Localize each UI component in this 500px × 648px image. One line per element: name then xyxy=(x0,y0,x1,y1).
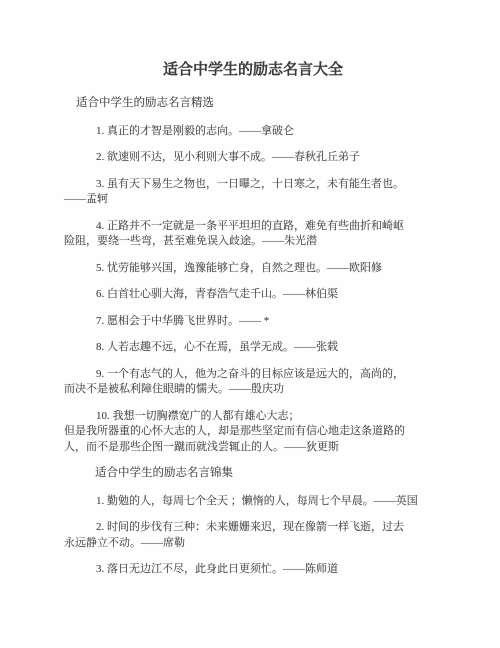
quote-item: 8. 人若志趣不远，心不在焉，虽学无成。——张载 xyxy=(64,340,442,356)
quote-item: 7. 愿相会于中华腾飞世界时。—— * xyxy=(64,314,442,330)
quote-item: 10. 我想一切胸襟宽广的人都有雄心大志； 但是我所器重的心怀大志的人，却是那些… xyxy=(64,409,442,456)
quote-item: 2. 时间的步伐有三种：未来姗姗来迟，现在像箭一样飞逝，过去 永远静立不动。——… xyxy=(64,520,442,551)
quote-item: 4. 正路并不一定就是一条平平坦坦的直路，难免有些曲折和崎岖 险阻，要绕一些弯，… xyxy=(64,219,442,250)
quote-item: 5. 忧劳能够兴国，逸豫能够亡身，自然之理也。——欧阳修 xyxy=(64,261,442,277)
quote-item: 6. 白首壮心驯大海，青春浩气走千山。——林伯渠 xyxy=(64,287,442,303)
section-heading-featured: 适合中学生的励志名言精选 xyxy=(64,96,442,112)
quote-item: 3. 虽有天下易生之物也，一日曝之，十日寒之，未有能生者也。 ——孟轲 xyxy=(64,177,442,208)
quote-item: 3. 落日无边江不尽，此身此日更须忙。——陈师道 xyxy=(64,562,442,578)
quote-item: 1. 勤勉的人，每周七个全天 ；懒惰的人，每周七个早晨。——英国 xyxy=(64,494,442,510)
quote-item: 9. 一个有志气的人，他为之奋斗的目标应该是远大的，高尚的， 而决不是被私利障住… xyxy=(64,367,442,398)
document-title: 适合中学生的励志名言大全 xyxy=(64,60,442,80)
section-heading-collection: 适合中学生的励志名言锦集 xyxy=(64,466,442,482)
quote-item: 1. 真正的才智是刚毅的志向。——拿破仑 xyxy=(64,124,442,140)
document-page: 适合中学生的励志名言大全 适合中学生的励志名言精选 1. 真正的才智是刚毅的志向… xyxy=(0,0,500,648)
quote-item: 2. 欲速则不达，见小利则大事不成。——春秋孔丘弟子 xyxy=(64,150,442,166)
